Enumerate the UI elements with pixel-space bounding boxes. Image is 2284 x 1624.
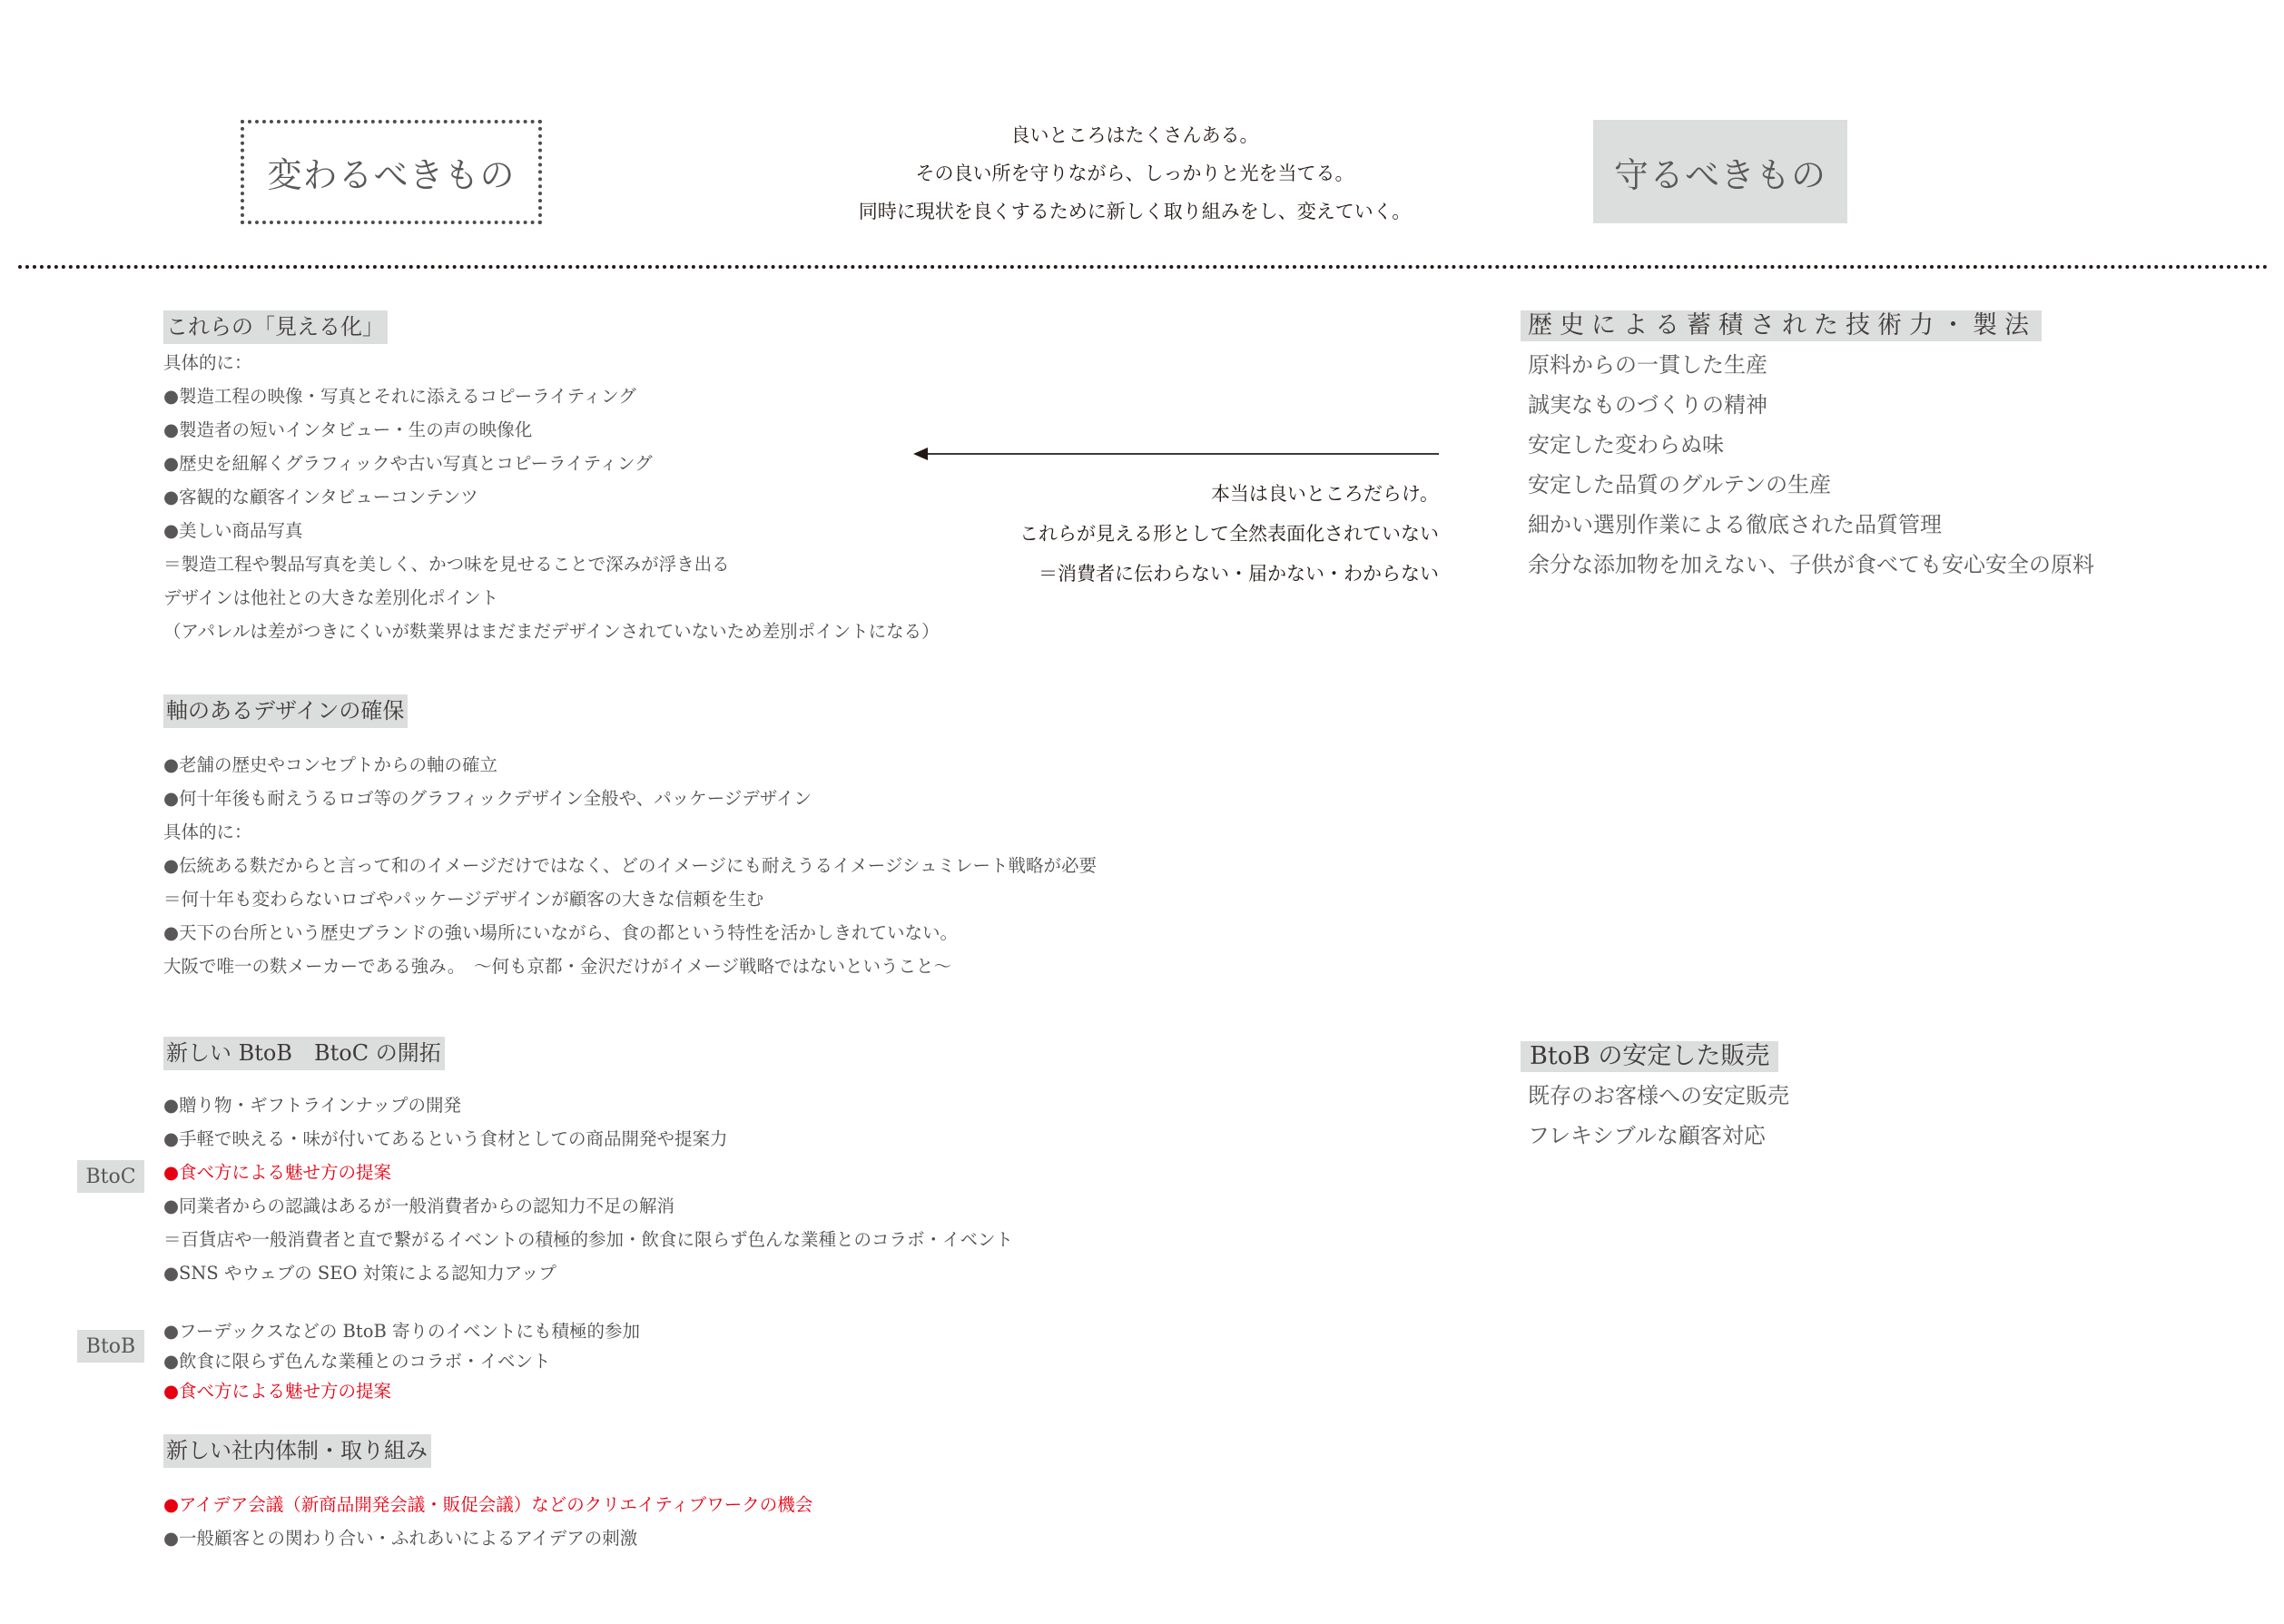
- btob-tag-label: BtoB: [86, 1335, 135, 1358]
- list-item-text: 具体的に：: [163, 822, 252, 842]
- tech-list: 原料からの一貫した生産誠実なものづくりの精神安定した変わらぬ味安定した品質のグル…: [1521, 345, 2094, 585]
- list-item: 誠実なものづくりの精神: [1528, 385, 2094, 425]
- claim-line: 本当は良いところだらけ。: [908, 474, 1439, 514]
- intro-line: 良いところはたくさんある。: [635, 116, 1634, 154]
- section-btob-sales: BtoB の安定した販売 既存のお客様への安定販売フレキシブルな顧客対応: [1521, 1041, 1789, 1156]
- list-item-text: 食べ方による魅せ方の提案: [179, 1381, 391, 1402]
- list-item: 安定した品質のグルテンの生産: [1528, 465, 2094, 505]
- visualize-list: 具体的に：●製造工程の映像・写真とそれに添えるコピーライティング●製造者の短いイ…: [163, 346, 940, 648]
- btoc-list: ●贈り物・ギフトラインナップの開発●手軽で映える・味が付いてあるという食材として…: [163, 1088, 1013, 1290]
- list-item-text: 食べ方による魅せ方の提案: [179, 1162, 391, 1183]
- claim-text: 本当は良いところだらけ。 これらが見える形として全然表面化されていない ＝消費者…: [908, 474, 1439, 594]
- list-item: デザインは他社との大きな差別化ポイント: [163, 581, 940, 615]
- list-item: ●飲食に限らず色んな業種とのコラボ・イベント: [163, 1346, 640, 1376]
- list-item: 大阪で唯一の麩メーカーである強み。 ～何も京都・金沢だけがイメージ戦略ではないと…: [163, 950, 1097, 983]
- list-item-text: 贈り物・ギフトラインナップの開発: [179, 1095, 461, 1116]
- list-item-text: 同業者からの認識はあるが一般消費者からの認知力不足の解消: [179, 1196, 674, 1216]
- btob-sales-list: 既存のお客様への安定販売フレキシブルな顧客対応: [1521, 1076, 1789, 1156]
- keep-box: 守るべきもの: [1593, 120, 1847, 223]
- list-item: 既存のお客様への安定販売: [1528, 1076, 1789, 1116]
- section-visualize: これらの「見える化」 具体的に：●製造工程の映像・写真とそれに添えるコピーライテ…: [163, 310, 940, 648]
- highlighted-list-item: ●アイデア会議（新商品開発会議・販促会議）などのクリエイティブワークの機会: [163, 1488, 812, 1521]
- list-item-text: 客観的な顧客インタビューコンテンツ: [179, 487, 478, 507]
- list-item-text: 製造者の短いインタビュー・生の声の映像化: [179, 419, 532, 440]
- list-item: 余分な添加物を加えない、子供が食べても安心安全の原料: [1528, 545, 2094, 585]
- list-item-text: デザインは他社との大きな差別化ポイント: [163, 587, 498, 608]
- list-item: 具体的に：: [163, 815, 1097, 849]
- list-item: 細かい選別作業による徹底された品質管理: [1528, 505, 2094, 545]
- section-btob: ●フーデックスなどの BtoB 寄りのイベントにも積極的参加●飲食に限らず色んな…: [163, 1316, 640, 1406]
- section-design-axis: 軸のあるデザインの確保 ●老舗の歴史やコンセプトからの軸の確立●何十年後も耐えう…: [163, 694, 1097, 983]
- list-item: ＝百貨店や一般消費者と直で繋がるイベントの積極的参加・飲食に限らず色んな業種との…: [163, 1223, 1013, 1256]
- section-internal: 新しい社内体制・取り組み ●アイデア会議（新商品開発会議・販促会議）などのクリエ…: [163, 1434, 812, 1555]
- section-heading: 歴史による蓄積された技術力・製法: [1521, 310, 2042, 341]
- section-new-market: 新しい BtoB BtoC の開拓 ●贈り物・ギフトラインナップの開発●手軽で映…: [163, 1037, 1013, 1290]
- list-item: ●手軽で映える・味が付いてあるという食材としての商品開発や提案力: [163, 1122, 1013, 1156]
- list-item-text: 大阪で唯一の麩メーカーである強み。 ～何も京都・金沢だけがイメージ戦略ではないと…: [163, 956, 951, 977]
- list-item: ●フーデックスなどの BtoB 寄りのイベントにも積極的参加: [163, 1316, 640, 1346]
- bullet-dot-icon: ●: [163, 754, 179, 775]
- list-item: ●天下の台所という歴史ブランドの強い場所にいながら、食の都という特性を活かしきれ…: [163, 916, 1097, 950]
- bullet-dot-icon: ●: [163, 487, 179, 507]
- section-tech: 歴史による蓄積された技術力・製法 原料からの一貫した生産誠実なものづくりの精神安…: [1521, 310, 2094, 585]
- bullet-dot-icon: ●: [163, 1095, 179, 1116]
- claim-line: これらが見える形として全然表面化されていない: [908, 514, 1439, 554]
- list-item-text: 飲食に限らず色んな業種とのコラボ・イベント: [179, 1351, 551, 1372]
- list-item-text: 具体的に：: [163, 352, 252, 373]
- section-heading: BtoB の安定した販売: [1521, 1041, 1778, 1072]
- section-heading: 新しい社内体制・取り組み: [163, 1434, 431, 1468]
- list-item: ＝何十年も変わらないロゴやパッケージデザインが顧客の大きな信頼を生む: [163, 882, 1097, 916]
- list-item-text: ＝製造工程や製品写真を美しく、かつ味を見せることで深みが浮き出る: [163, 554, 730, 575]
- bullet-dot-icon: ●: [163, 922, 179, 943]
- list-item: ＝製造工程や製品写真を美しく、かつ味を見せることで深みが浮き出る: [163, 547, 940, 581]
- bullet-dot-icon: ●: [163, 1528, 179, 1549]
- list-item-text: 一般顧客との関わり合い・ふれあいによるアイデアの刺激: [179, 1528, 637, 1549]
- highlighted-list-item: ●食べ方による魅せ方の提案: [163, 1376, 640, 1406]
- bullet-dot-icon: ●: [163, 1128, 179, 1149]
- list-item-text: フーデックスなどの BtoB 寄りのイベントにも積極的参加: [179, 1321, 640, 1342]
- bullet-dot-icon: ●: [163, 1494, 179, 1515]
- list-item: ●美しい商品写真: [163, 514, 940, 547]
- dotted-divider: [18, 265, 2269, 269]
- change-box-label: 変わるべきもの: [267, 147, 515, 197]
- list-item-text: 手軽で映える・味が付いてあるという食材としての商品開発や提案力: [179, 1128, 728, 1149]
- list-item-text: 美しい商品写真: [179, 520, 303, 541]
- list-item-text: 製造工程の映像・写真とそれに添えるコピーライティング: [179, 386, 636, 407]
- section-heading: 軸のあるデザインの確保: [163, 694, 408, 728]
- internal-list: ●アイデア会議（新商品開発会議・販促会議）などのクリエイティブワークの機会●一般…: [163, 1488, 812, 1555]
- list-item: ●一般顧客との関わり合い・ふれあいによるアイデアの刺激: [163, 1521, 812, 1555]
- bullet-dot-icon: ●: [163, 1321, 179, 1342]
- list-item: ●何十年後も耐えうるロゴ等のグラフィックデザイン全般や、パッケージデザイン: [163, 782, 1097, 815]
- list-item: フレキシブルな顧客対応: [1528, 1116, 1789, 1156]
- bullet-dot-icon: ●: [163, 788, 179, 809]
- bullet-dot-icon: ●: [163, 1351, 179, 1372]
- highlighted-list-item: ●食べ方による魅せ方の提案: [163, 1156, 1013, 1189]
- list-item: ●SNS やウェブの SEO 対策による認知力アップ: [163, 1256, 1013, 1290]
- list-item: ●製造工程の映像・写真とそれに添えるコピーライティング: [163, 379, 940, 413]
- list-item: ●客観的な顧客インタビューコンテンツ: [163, 480, 940, 514]
- section-heading: 新しい BtoB BtoC の開拓: [163, 1037, 445, 1070]
- list-item-text: アイデア会議（新商品開発会議・販促会議）などのクリエイティブワークの機会: [179, 1494, 812, 1515]
- design-axis-list: ●老舗の歴史やコンセプトからの軸の確立●何十年後も耐えうるロゴ等のグラフィックデ…: [163, 748, 1097, 983]
- change-box: 変わるべきもの: [241, 120, 542, 224]
- list-item-text: 天下の台所という歴史ブランドの強い場所にいながら、食の都という特性を活かしきれて…: [179, 922, 958, 943]
- intro-line: 同時に現状を良くするために新しく取り組みをし、変えていく。: [635, 192, 1634, 231]
- section-heading: これらの「見える化」: [163, 310, 388, 344]
- list-item: ●老舗の歴史やコンセプトからの軸の確立: [163, 748, 1097, 782]
- bullet-dot-icon: ●: [163, 1196, 179, 1216]
- list-item: ●伝統ある麩だからと言って和のイメージだけではなく、どのイメージにも耐えうるイメ…: [163, 849, 1097, 882]
- btoc-tag: BtoC: [77, 1160, 144, 1193]
- arrow-left-icon: [913, 448, 928, 460]
- intro-line: その良い所を守りながら、しっかりと光を当てる。: [635, 154, 1634, 192]
- keep-box-label: 守るべきもの: [1614, 147, 1826, 197]
- bullet-dot-icon: ●: [163, 386, 179, 407]
- bullet-dot-icon: ●: [163, 1381, 179, 1402]
- bullet-dot-icon: ●: [163, 520, 179, 541]
- list-item: 安定した変わらぬ味: [1528, 425, 2094, 465]
- bullet-dot-icon: ●: [163, 419, 179, 440]
- list-item-text: （アパレルは差がつきにくいが麩業界はまだまだデザインされていないため差別ポイント…: [163, 621, 940, 642]
- list-item-text: ＝何十年も変わらないロゴやパッケージデザインが顧客の大きな信頼を生む: [163, 889, 763, 910]
- bullet-dot-icon: ●: [163, 855, 179, 876]
- list-item-text: 伝統ある麩だからと言って和のイメージだけではなく、どのイメージにも耐えうるイメー…: [179, 855, 1097, 876]
- list-item: ●歴史を紐解くグラフィックや古い写真とコピーライティング: [163, 447, 940, 480]
- list-item-text: 何十年後も耐えうるロゴ等のグラフィックデザイン全般や、パッケージデザイン: [179, 788, 812, 809]
- intro-text: 良いところはたくさんある。 その良い所を守りながら、しっかりと光を当てる。 同時…: [635, 116, 1634, 231]
- bullet-dot-icon: ●: [163, 453, 179, 474]
- list-item: 具体的に：: [163, 346, 940, 379]
- list-item: ●贈り物・ギフトラインナップの開発: [163, 1088, 1013, 1122]
- btoc-tag-label: BtoC: [85, 1166, 135, 1188]
- list-item: ●製造者の短いインタビュー・生の声の映像化: [163, 413, 940, 447]
- arrow-line: [917, 453, 1439, 455]
- list-item-text: ＝百貨店や一般消費者と直で繋がるイベントの積極的参加・飲食に限らず色んな業種との…: [163, 1229, 1013, 1250]
- btob-list: ●フーデックスなどの BtoB 寄りのイベントにも積極的参加●飲食に限らず色んな…: [163, 1316, 640, 1406]
- bullet-dot-icon: ●: [163, 1162, 179, 1183]
- list-item-text: 歴史を紐解くグラフィックや古い写真とコピーライティング: [179, 453, 653, 474]
- list-item-text: 老舗の歴史やコンセプトからの軸の確立: [179, 754, 497, 775]
- claim-line: ＝消費者に伝わらない・届かない・わからない: [908, 554, 1439, 594]
- list-item: ●同業者からの認識はあるが一般消費者からの認知力不足の解消: [163, 1189, 1013, 1223]
- list-item-text: SNS やウェブの SEO 対策による認知力アップ: [179, 1263, 556, 1284]
- list-item: 原料からの一貫した生産: [1528, 345, 2094, 385]
- list-item: （アパレルは差がつきにくいが麩業界はまだまだデザインされていないため差別ポイント…: [163, 615, 940, 648]
- bullet-dot-icon: ●: [163, 1263, 179, 1284]
- btob-tag: BtoB: [77, 1330, 144, 1363]
